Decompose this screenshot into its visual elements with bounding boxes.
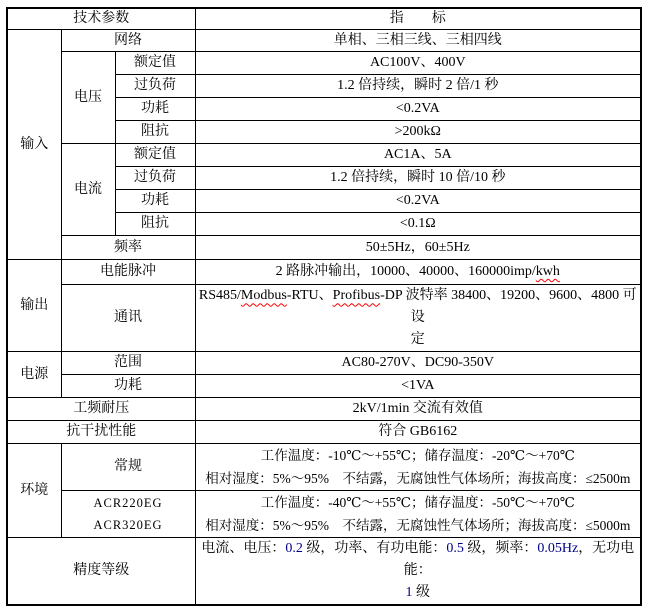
precision-seg-b: 级，功率、有功电能： (303, 541, 447, 556)
current-overload-value: 1.2 倍持续，瞬时 10 倍/10 秒 (195, 167, 641, 190)
precision-seg-a: 电流、电压： (201, 541, 285, 556)
precision-num2: 0.5 (446, 541, 464, 556)
comm-seg4: Profibus (333, 288, 380, 303)
precision-line1: 电流、电压：0.2 级，功率、有功电能：0.5 级，频率：0.05Hz，无功电能… (196, 538, 641, 582)
frequency-label: 频率 (61, 236, 195, 260)
voltage-group-label: 电压 (61, 52, 115, 144)
comm-seg5: -DP 波特率 38400、19200、9600、4800 可设 (380, 288, 637, 325)
env-acr-label-line1: ACR220EG (62, 492, 195, 514)
withstand-label: 工频耐压 (7, 398, 195, 421)
comm-seg1: RS485/ (199, 288, 241, 303)
header-tech-param: 技术参数 (7, 8, 195, 30)
frequency-value: 50±5Hz，60±5Hz (195, 236, 641, 260)
env-acr-label: ACR220EG ACR320EG (61, 491, 195, 538)
precision-seg-c: 级，频率： (464, 541, 538, 556)
output-group-label: 输出 (7, 260, 61, 352)
immunity-value: 符合 GB6162 (195, 421, 641, 444)
precision-line2-num: 1 (406, 585, 413, 600)
network-label: 网络 (61, 30, 195, 52)
supply-consumption-value: <1VA (195, 375, 641, 398)
voltage-rated-label: 额定值 (115, 52, 195, 75)
current-power-label: 功耗 (115, 190, 195, 213)
environment-group-label: 环境 (7, 444, 61, 538)
current-rated-label: 额定值 (115, 144, 195, 167)
current-power-value: <0.2VA (195, 190, 641, 213)
input-group-label: 输入 (7, 30, 61, 260)
header-indicator: 指 标 (195, 8, 641, 30)
supply-consumption-label: 功耗 (61, 375, 195, 398)
env-normal-label: 常规 (61, 444, 195, 491)
current-rated-value: AC1A、5A (195, 144, 641, 167)
precision-num1: 0.2 (285, 541, 303, 556)
power-supply-group-label: 电源 (7, 352, 61, 398)
document-page: 技术参数 指 标 输入 网络 单相、三相三线、三相四线 电压 额定值 AC100… (0, 0, 648, 572)
withstand-value: 2kV/1min 交流有效值 (195, 398, 641, 421)
range-label: 范围 (61, 352, 195, 375)
current-impedance-label: 阻抗 (115, 213, 195, 236)
voltage-rated-value: AC100V、400V (195, 52, 641, 75)
precision-num3: 0.05Hz (537, 541, 578, 556)
comm-value: RS485/Modbus-RTU、Profibus-DP 波特率 38400、1… (195, 285, 641, 352)
current-impedance-value: <0.1Ω (195, 213, 641, 236)
env-acr-line1: 工作温度：-40℃～+55℃；储存温度：-50℃～+70℃ (196, 491, 641, 514)
comm-label: 通讯 (61, 285, 195, 352)
env-acr-value: 工作温度：-40℃～+55℃；储存温度：-50℃～+70℃ 相对湿度：5%～95… (195, 491, 641, 538)
network-value: 单相、三相三线、三相四线 (195, 30, 641, 52)
precision-line2: 1 级 (196, 582, 641, 604)
voltage-impedance-label: 阻抗 (115, 121, 195, 144)
spec-table: 技术参数 指 标 输入 网络 单相、三相三线、三相四线 电压 额定值 AC100… (6, 7, 642, 606)
pulse-value-main: 2 路脉冲输出，10000、40000、160000imp/ (276, 264, 536, 279)
pulse-value-unit: kwh (536, 264, 560, 279)
env-acr-line2: 相对湿度：5%～95% 不结露，无腐蚀性气体场所；海拔高度：≤5000m (196, 514, 641, 537)
env-normal-value: 工作温度：-10℃～+55℃；储存温度：-20℃～+70℃ 相对湿度：5%～95… (195, 444, 641, 491)
current-overload-label: 过负荷 (115, 167, 195, 190)
voltage-power-value: <0.2VA (195, 98, 641, 121)
precision-value: 电流、电压：0.2 级，功率、有功电能：0.5 级，频率：0.05Hz，无功电能… (195, 538, 641, 606)
comm-seg2: Modbus (241, 288, 287, 303)
voltage-overload-label: 过负荷 (115, 75, 195, 98)
env-normal-line2: 相对湿度：5%～95% 不结露，无腐蚀性气体场所；海拔高度：≤2500m (196, 467, 641, 490)
immunity-label: 抗干扰性能 (7, 421, 195, 444)
precision-line2-suffix: 级 (413, 585, 431, 600)
comm-value-line1: RS485/Modbus-RTU、Profibus-DP 波特率 38400、1… (196, 285, 641, 329)
pulse-value: 2 路脉冲输出，10000、40000、160000imp/kwh (195, 260, 641, 285)
current-group-label: 电流 (61, 144, 115, 236)
voltage-power-label: 功耗 (115, 98, 195, 121)
env-acr-label-line2: ACR320EG (62, 514, 195, 536)
env-normal-line1: 工作温度：-10℃～+55℃；储存温度：-20℃～+70℃ (196, 444, 641, 467)
comm-seg3: -RTU、 (287, 288, 333, 303)
pulse-label: 电能脉冲 (61, 260, 195, 285)
voltage-impedance-value: >200kΩ (195, 121, 641, 144)
comm-value-line2: 定 (196, 329, 641, 351)
voltage-overload-value: 1.2 倍持续，瞬时 2 倍/1 秒 (195, 75, 641, 98)
range-value: AC80-270V、DC90-350V (195, 352, 641, 375)
